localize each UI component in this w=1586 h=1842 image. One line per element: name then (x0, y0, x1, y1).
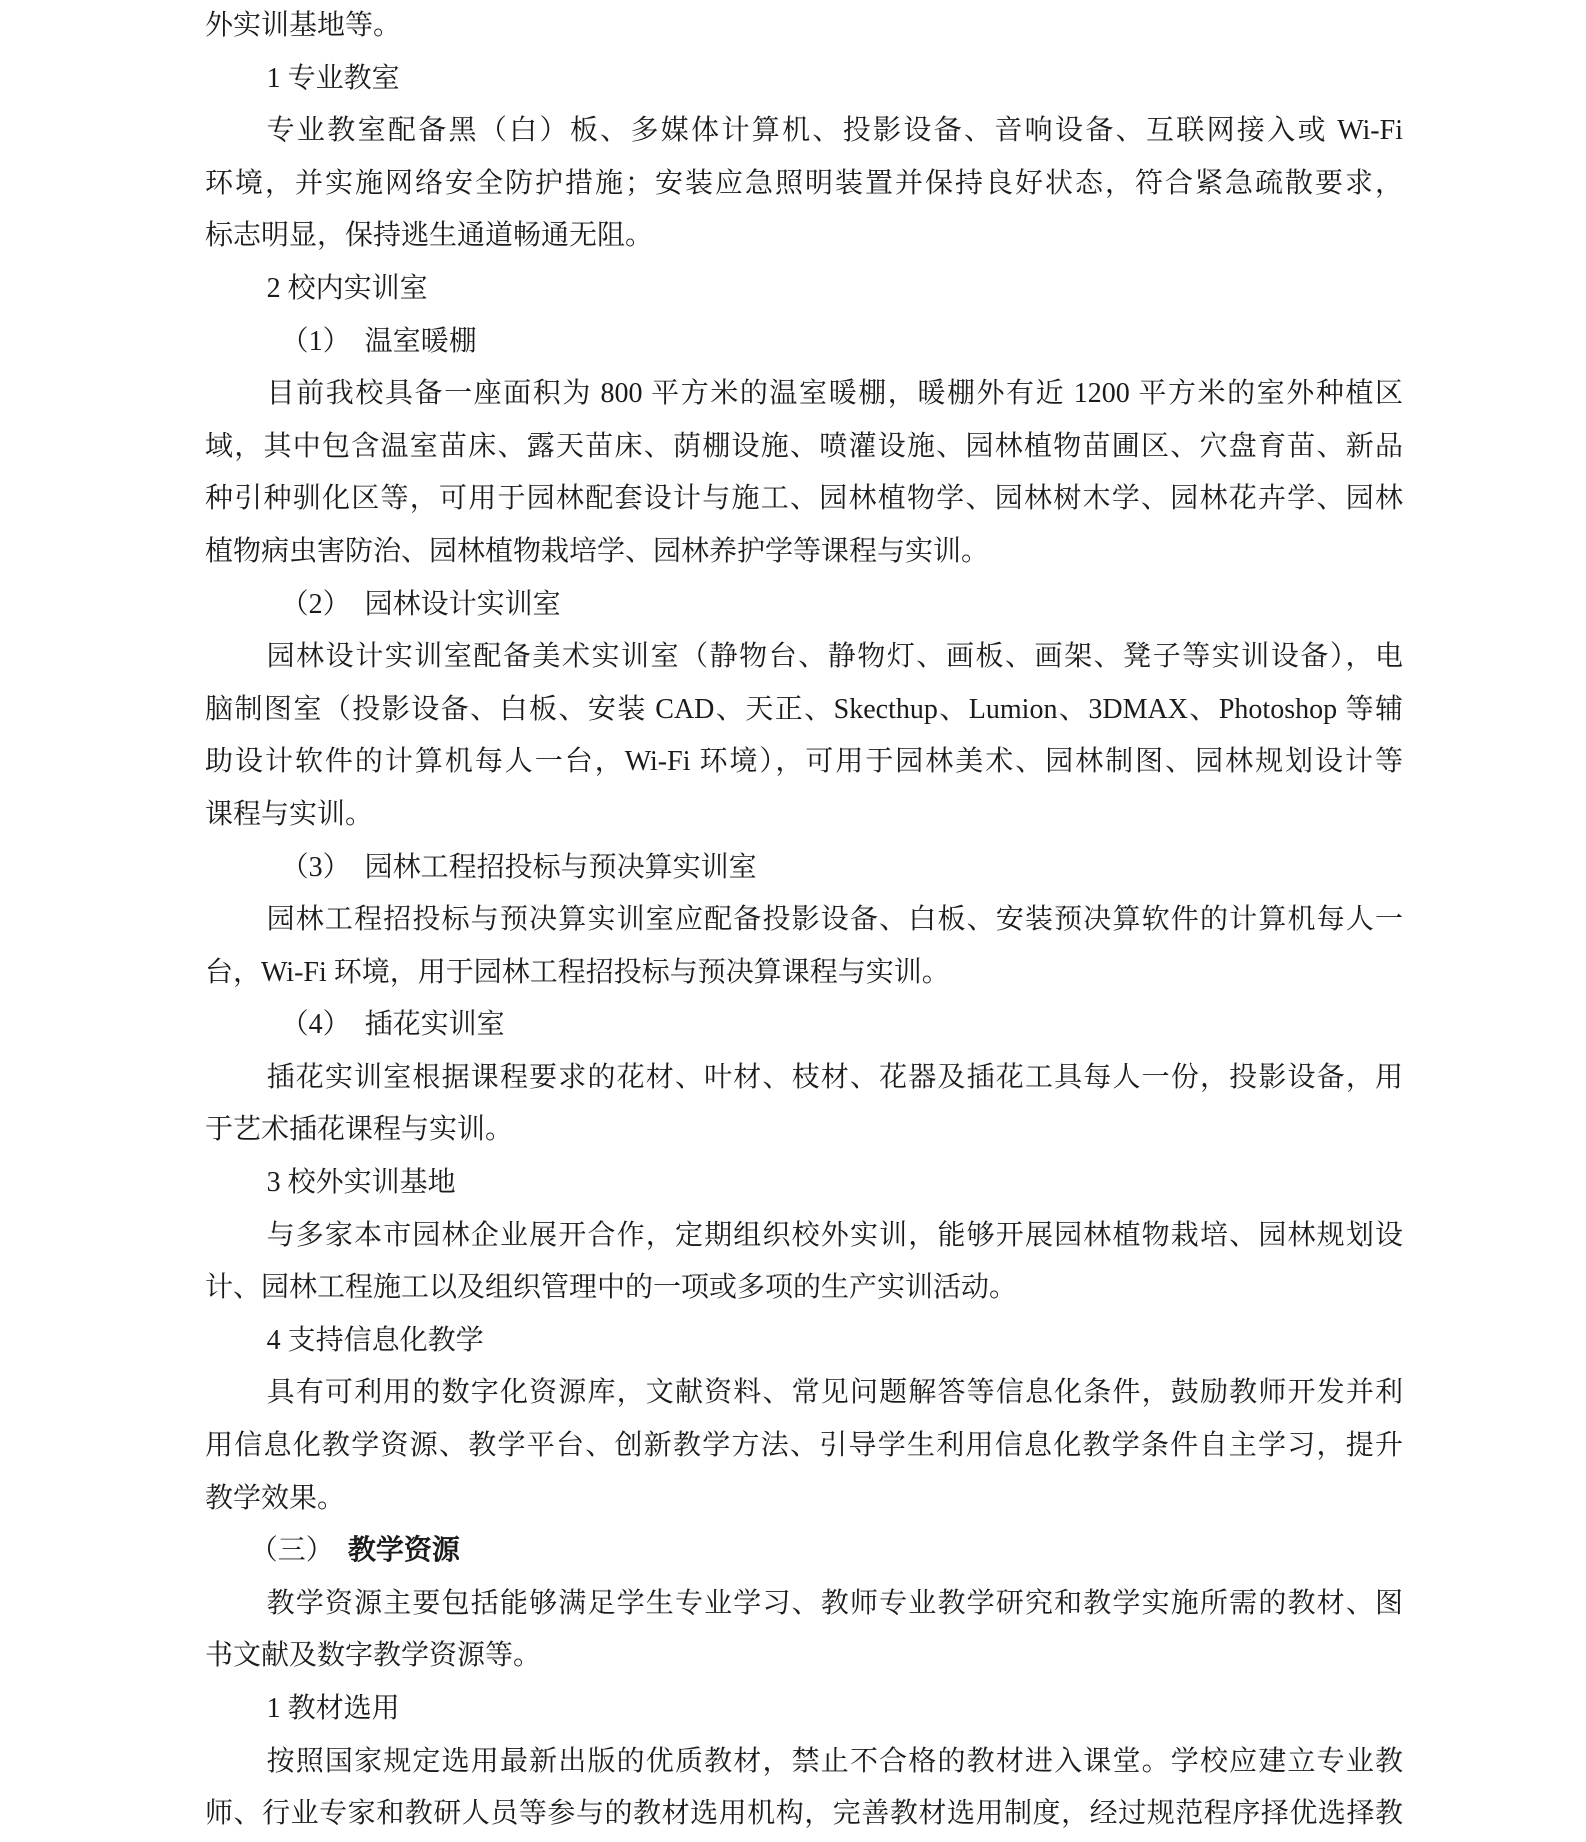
text-line: 2 校内实训室 (205, 263, 1403, 316)
heading: 1 专业教室 (205, 53, 1403, 106)
text-line: 教学资源主要包括能够满足学生专业学习、教师专业教学研究和教学实施所需的教材、图 (205, 1578, 1403, 1631)
text-line: （2） 园林设计实训室 (205, 579, 1403, 632)
paragraph: 插花实训室根据课程要求的花材、叶材、枝材、花器及插花工具每人一份，投影设备，用于… (205, 1052, 1403, 1157)
heading: （3） 园林工程招投标与预决算实训室 (205, 842, 1403, 895)
paragraph: 目前我校具备一座面积为 800 平方米的温室暖棚，暖棚外有近 1200 平方米的… (205, 368, 1403, 578)
text-line: 计、园林工程施工以及组织管理中的一项或多项的生产实训活动。 (205, 1262, 1403, 1315)
text-line: 外实训基地等。 (205, 0, 1403, 53)
text-line: 与多家本市园林企业展开合作，定期组织校外实训，能够开展园林植物栽培、园林规划设 (205, 1210, 1403, 1263)
paragraph: 教学资源主要包括能够满足学生专业学习、教师专业教学研究和教学实施所需的教材、图书… (205, 1578, 1403, 1683)
text-line: 域，其中包含温室苗床、露天苗床、荫棚设施、喷灌设施、园林植物苗圃区、穴盘育苗、新… (205, 421, 1403, 474)
text-line: 脑制图室（投影设备、白板、安装 CAD、天正、Skecthup、Lumion、3… (205, 684, 1403, 737)
text-line: 具有可利用的数字化资源库，文献资料、常见问题解答等信息化条件，鼓励教师开发并利 (205, 1367, 1403, 1420)
heading: （4） 插花实训室 (205, 999, 1403, 1052)
text-line: （三） 教学资源 (205, 1525, 1403, 1578)
heading: （2） 园林设计实训室 (205, 579, 1403, 632)
paragraph: 园林设计实训室配备美术实训室（静物台、静物灯、画板、画架、凳子等实训设备），电脑… (205, 631, 1403, 841)
text-line: 课程与实训。 (205, 789, 1403, 842)
text-line: 目前我校具备一座面积为 800 平方米的温室暖棚，暖棚外有近 1200 平方米的… (205, 368, 1403, 421)
text-line: 标志明显，保持逃生通道畅通无阻。 (205, 210, 1403, 263)
paragraph: 按照国家规定选用最新出版的优质教材，禁止不合格的教材进入课堂。学校应建立专业教师… (205, 1736, 1403, 1841)
text-line: 园林工程招投标与预决算实训室应配备投影设备、白板、安装预决算软件的计算机每人一 (205, 894, 1403, 947)
paragraph: 园林工程招投标与预决算实训室应配备投影设备、白板、安装预决算软件的计算机每人一台… (205, 894, 1403, 999)
text-line: 1 专业教室 (205, 53, 1403, 106)
paragraph: 专业教室配备黑（白）板、多媒体计算机、投影设备、音响设备、互联网接入或 Wi-F… (205, 105, 1403, 263)
heading: 3 校外实训基地 (205, 1157, 1403, 1210)
text-line: （1） 温室暖棚 (205, 316, 1403, 369)
text-line: 专业教室配备黑（白）板、多媒体计算机、投影设备、音响设备、互联网接入或 Wi-F… (205, 105, 1403, 158)
text-line: 种引种驯化区等，可用于园林配套设计与施工、园林植物学、园林树木学、园林花卉学、园… (205, 473, 1403, 526)
text-line: 教学效果。 (205, 1473, 1403, 1526)
text-line: 用信息化教学资源、教学平台、创新教学方法、引导学生利用信息化教学条件自主学习，提… (205, 1420, 1403, 1473)
text-line: 于艺术插花课程与实训。 (205, 1104, 1403, 1157)
heading-prefix: （三） (250, 1535, 348, 1566)
text-line: 环境，并实施网络安全防护措施；安装应急照明装置并保持良好状态，符合紧急疏散要求， (205, 158, 1403, 211)
paragraph: 与多家本市园林企业展开合作，定期组织校外实训，能够开展园林植物栽培、园林规划设计… (205, 1210, 1403, 1315)
document-page: 外实训基地等。1 专业教室专业教室配备黑（白）板、多媒体计算机、投影设备、音响设… (0, 0, 1586, 1842)
text-line: （4） 插花实训室 (205, 999, 1403, 1052)
heading: （三） 教学资源 (205, 1525, 1403, 1578)
text-line: 按照国家规定选用最新出版的优质教材，禁止不合格的教材进入课堂。学校应建立专业教 (205, 1736, 1403, 1789)
text-line: 园林设计实训室配备美术实训室（静物台、静物灯、画板、画架、凳子等实训设备），电 (205, 631, 1403, 684)
text-line: 台，Wi-Fi 环境，用于园林工程招投标与预决算课程与实训。 (205, 947, 1403, 1000)
text-line: 助设计软件的计算机每人一台，Wi-Fi 环境），可用于园林美术、园林制图、园林规… (205, 736, 1403, 789)
paragraph: 外实训基地等。 (205, 0, 1403, 53)
text-line: （3） 园林工程招投标与预决算实训室 (205, 842, 1403, 895)
paragraph: 具有可利用的数字化资源库，文献资料、常见问题解答等信息化条件，鼓励教师开发并利用… (205, 1367, 1403, 1525)
text-line: 师、行业专家和教研人员等参与的教材选用机构，完善教材选用制度，经过规范程序择优选… (205, 1788, 1403, 1841)
document-body: 外实训基地等。1 专业教室专业教室配备黑（白）板、多媒体计算机、投影设备、音响设… (205, 0, 1403, 1841)
heading: （1） 温室暖棚 (205, 316, 1403, 369)
text-line: 1 教材选用 (205, 1683, 1403, 1736)
text-line: 植物病虫害防治、园林植物栽培学、园林养护学等课程与实训。 (205, 526, 1403, 579)
heading-bold-text: 教学资源 (348, 1535, 460, 1566)
heading: 4 支持信息化教学 (205, 1315, 1403, 1368)
text-line: 插花实训室根据课程要求的花材、叶材、枝材、花器及插花工具每人一份，投影设备，用 (205, 1052, 1403, 1105)
text-line: 3 校外实训基地 (205, 1157, 1403, 1210)
heading: 2 校内实训室 (205, 263, 1403, 316)
heading: 1 教材选用 (205, 1683, 1403, 1736)
text-line: 书文献及数字教学资源等。 (205, 1630, 1403, 1683)
text-line: 4 支持信息化教学 (205, 1315, 1403, 1368)
